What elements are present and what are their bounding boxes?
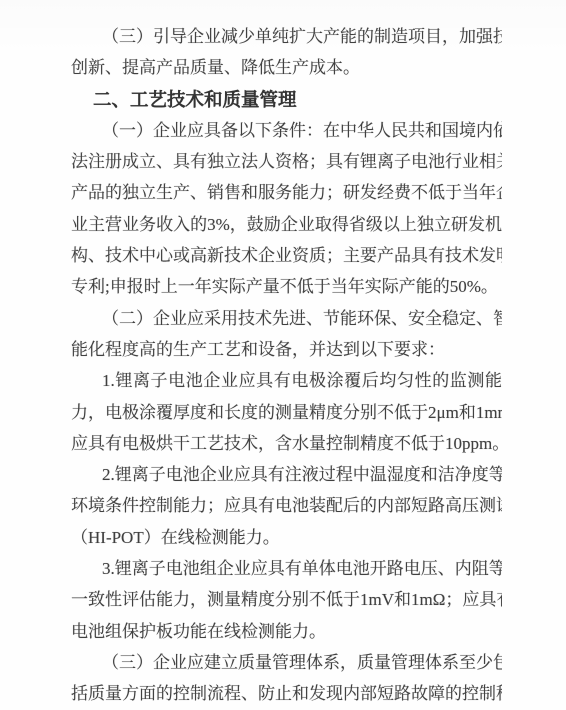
text-line: 电池组保护板功能在线检测能力。 [71, 616, 502, 647]
section-heading: 二、工艺技术和质量管理 [71, 84, 502, 115]
text-line: 能化程度高的生产工艺和设备，并达到以下要求： [71, 334, 502, 365]
text-line: 专利;申报时上一年实际产量不低于当年实际产能的50%。 [71, 271, 502, 302]
text-line: 2.锂离子电池企业应具有注液过程中温湿度和洁净度等 [71, 459, 502, 490]
text-line: 环境条件控制能力；应具有电池装配后的内部短路高压测试 [71, 490, 502, 521]
text-line: 构、技术中心或高新技术企业资质；主要产品具有技术发明 [71, 240, 502, 271]
text-line: （HI-POT）在线检测能力。 [71, 522, 502, 553]
text-line: 力，电极涂覆厚度和长度的测量精度分别不低于2μm和1mm; [71, 397, 502, 428]
text-line: 3.锂离子电池组企业应具有单体电池开路电压、内阻等 [71, 553, 502, 584]
text-line: 法注册成立、具有独立法人资格；具有锂离子电池行业相关 [71, 146, 502, 177]
document-page: （三）引导企业减少单纯扩大产能的制造项目，加强技术创新、提高产品质量、降低生产成… [0, 0, 566, 710]
text-line: （三）企业应建立质量管理体系，质量管理体系至少包 [71, 647, 502, 678]
text-line: 1.锂离子电池企业应具有电极涂覆后均匀性的监测能 [71, 365, 502, 396]
text-line: （三）引导企业减少单纯扩大产能的制造项目，加强技术 [71, 21, 502, 52]
text-line: 业主营业务收入的3%，鼓励企业取得省级以上独立研发机 [71, 209, 502, 240]
text-line: （二）企业应采用技术先进、节能环保、安全稳定、智 [71, 303, 502, 334]
text-line: 产品的独立生产、销售和服务能力；研发经费不低于当年企 [71, 177, 502, 208]
text-line: 一致性评估能力，测量精度分别不低于1mV和1mΩ；应具有 [71, 584, 502, 615]
text-line: 创新、提高产品质量、降低生产成本。 [71, 52, 502, 83]
text-line: （一）企业应具备以下条件：在中华人民共和国境内依 [71, 115, 502, 146]
text-line: 应具有电极烘干工艺技术，含水量控制精度不低于10ppm。 [71, 428, 502, 459]
text-line: 括质量方面的控制流程、防止和发现内部短路故障的控制程 [71, 678, 502, 709]
